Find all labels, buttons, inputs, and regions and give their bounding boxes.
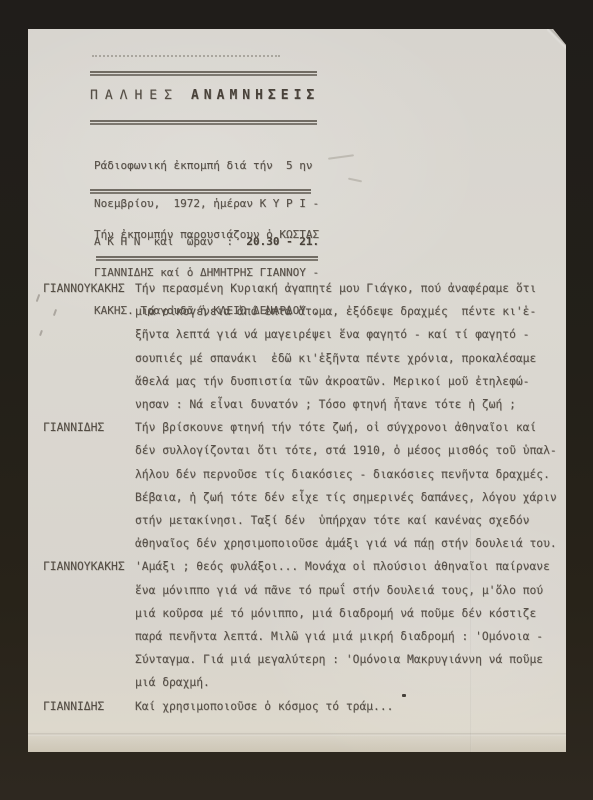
presenters-line-1: Τήν ἐκπομπήν παρουσιάζουν ὁ ΚΩΣΤΑΣ xyxy=(94,229,319,242)
speech-block: ΓΙΑΝΝΟΥΚΑΚΗΣΤήν περασμένη Κυριακή ἀγαπητ… xyxy=(43,277,559,416)
faint-dotted-rule xyxy=(92,55,280,57)
document-title: ΠΑΛΗΕΣΑΝΑΜΝΗΣΕΙΣ xyxy=(90,88,319,103)
speech-block: ΓΙΑΝΝΙΔΗΣΚαί χρησιμοποιοῦσε ὁ κόσμος τό … xyxy=(43,695,559,718)
paper-crease-horizontal xyxy=(28,733,566,736)
speech-line: μιά οἰκογένεια ἀπό ἑπτά ἄτομα, ἐξόδεψε δ… xyxy=(135,300,559,323)
double-rule-under-title xyxy=(90,120,317,125)
speech-lines: Καί χρησιμοποιοῦσε ὁ κόσμος τό τράμ... xyxy=(135,695,559,718)
speech-lines: Τήν περασμένη Κυριακή ἀγαπητέ μου Γιάγκο… xyxy=(135,277,559,416)
speech-line: νησαν : Νά εἶναι δυνατόν ; Τόσο φτηνή ἦτ… xyxy=(135,393,559,416)
speech-line: Βέβαια, ἡ ζωή τότε δέν εἶχε τίς σημερινέ… xyxy=(135,486,559,509)
paper-crease-vertical xyxy=(470,499,472,752)
pencil-mark xyxy=(36,294,41,302)
speaker-label: ΓΙΑΝΝΟΥΚΑΚΗΣ xyxy=(43,277,135,300)
speech-line: μιά κοῦρσα μέ τό μόνιππο, μιά διαδρομή ν… xyxy=(135,602,559,625)
speech-line: ξῆντα λεπτά γιά νά μαγειρέψει ἕνα φαγητό… xyxy=(135,323,559,346)
speaker-label: ΓΙΑΝΝΙΔΗΣ xyxy=(43,416,135,439)
pencil-scribble xyxy=(348,178,362,183)
speech-block: ΓΙΑΝΝΟΥΚΑΚΗΣ'Αμάξι ; θεός φυλάξοι... Μον… xyxy=(43,555,559,694)
double-rule-under-presenters xyxy=(96,256,318,261)
speech-line: Σύνταγμα. Γιά μιά μεγαλύτερη : 'Ομόνοια … xyxy=(135,648,559,671)
dialogue-script: ΓΙΑΝΝΟΥΚΑΚΗΣΤήν περασμένη Κυριακή ἀγαπητ… xyxy=(43,277,559,718)
speech-line: ἕνα μόνιππο γιά νά πᾶνε τό πρωΐ στήν δου… xyxy=(135,579,559,602)
folded-corner xyxy=(547,27,571,49)
speech-line: δέν συλλογίζονται ὅτι τότε, στά 1910, ὁ … xyxy=(135,439,559,462)
double-rule-top xyxy=(90,71,317,76)
speech-line: Καί χρησιμοποιοῦσε ὁ κόσμος τό τράμ... xyxy=(135,695,559,718)
speech-line: ἄθελά μας τήν δυσπιστία τῶν ἀκροατῶν. Με… xyxy=(135,370,559,393)
speaker-label: ΓΙΑΝΝΟΥΚΑΚΗΣ xyxy=(43,555,135,578)
speech-line: Τήν περασμένη Κυριακή ἀγαπητέ μου Γιάγκο… xyxy=(135,277,559,300)
speech-line: λήλου δέν περνοῦσε τίς διακόσιες - διακό… xyxy=(135,463,559,486)
speech-line: παρά πενῆντα λεπτά. Μιλῶ γιά μιά μικρή δ… xyxy=(135,625,559,648)
speech-line: σουπιές μέ σπανάκι ἐδῶ κι'ἑξῆντα πέντε χ… xyxy=(135,347,559,370)
speech-lines: Τήν βρίσκουνε φτηνή τήν τότε ζωή, οἱ σύγ… xyxy=(135,416,559,555)
speech-line: στήν μετακίνησι. Ταξί δέν ὑπήρχαν τότε κ… xyxy=(135,509,559,532)
speech-line: ἀθηναῖος δέν χρησιμοποιοῦσε ἀμάξι γιά νά… xyxy=(135,532,559,555)
pencil-scribble xyxy=(328,154,354,160)
ink-speck xyxy=(402,694,406,697)
speech-lines: 'Αμάξι ; θεός φυλάξοι... Μονάχα οἱ πλούσ… xyxy=(135,555,559,694)
photo-background: ΠΑΛΗΕΣΑΝΑΜΝΗΣΕΙΣ Ράδιοφωνική ἐκπομπή διά… xyxy=(0,0,593,800)
speech-line: μιά δραχμή. xyxy=(135,671,559,694)
speaker-label: ΓΙΑΝΝΙΔΗΣ xyxy=(43,695,135,718)
document-page: ΠΑΛΗΕΣΑΝΑΜΝΗΣΕΙΣ Ράδιοφωνική ἐκπομπή διά… xyxy=(28,29,566,752)
speech-line: Τήν βρίσκουνε φτηνή τήν τότε ζωή, οἱ σύγ… xyxy=(135,416,559,439)
speech-block: ΓΙΑΝΝΙΔΗΣΤήν βρίσκουνε φτηνή τήν τότε ζω… xyxy=(43,416,559,555)
speech-line: 'Αμάξι ; θεός φυλάξοι... Μονάχα οἱ πλούσ… xyxy=(135,555,559,578)
broadcast-line-1: Ράδιοφωνική ἐκπομπή διά τήν 5 ην xyxy=(94,160,319,173)
double-rule-under-broadcast xyxy=(90,189,311,194)
title-word-2: ΑΝΑΜΝΗΣΕΙΣ xyxy=(191,88,319,103)
title-word-1: ΠΑΛΗΕΣ xyxy=(90,88,179,103)
